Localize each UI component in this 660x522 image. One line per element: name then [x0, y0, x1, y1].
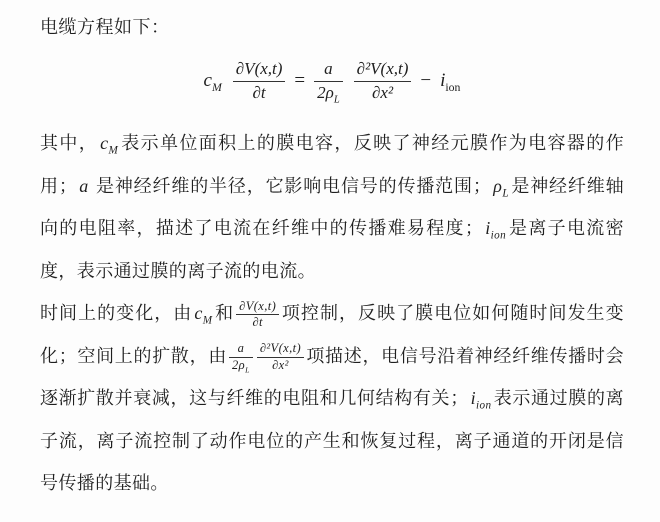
math-variable-subscripted: iion	[438, 70, 462, 92]
math-variable-subscripted: cM	[98, 133, 120, 153]
math-fraction: ∂²V(x,t)∂x²	[354, 58, 412, 103]
math-variable-subscripted: cM	[202, 70, 224, 92]
text-run: =	[294, 70, 305, 92]
text-run: −	[420, 70, 431, 92]
math-variable-subscripted: cM	[192, 303, 214, 323]
paragraph-symbol-definitions: 其中，cM表示单位面积上的膜电容，反映了神经元膜作为电容器的作用；a 是神经纤维…	[40, 122, 624, 292]
document-page: 电缆方程如下： cM∂V(x,t)∂t=a2ρL∂²V(x,t)∂x²−iion…	[0, 0, 660, 522]
intro-line: 电缆方程如下：	[40, 12, 624, 42]
math-fraction: a2ρL	[229, 341, 253, 373]
text-run: 其中，	[40, 133, 98, 153]
math-variable: a	[77, 176, 90, 196]
text-run: 是神经纤维的半径，它影响电信号的传播范围；	[91, 176, 492, 196]
math-fraction: ∂V(x,t)∂t	[233, 58, 286, 103]
text-run: 和	[214, 303, 234, 323]
math-variable-subscripted: iion	[469, 388, 494, 408]
cable-equation-formula: cM∂V(x,t)∂t=a2ρL∂²V(x,t)∂x²−iion	[40, 52, 624, 110]
paragraph-term-interpretation: 时间上的变化，由cM和∂V(x,t)∂t项控制，反映了膜电位如何随时间发生变化；…	[40, 292, 624, 505]
math-variable-subscripted: ρL	[491, 176, 511, 196]
math-fraction: a2ρL	[314, 58, 343, 103]
text-run: 时间上的变化，由	[40, 303, 192, 323]
math-fraction: ∂V(x,t)∂t	[236, 299, 279, 331]
math-variable-subscripted: iion	[483, 218, 508, 238]
math-fraction: ∂²V(x,t)∂x²	[257, 341, 304, 373]
